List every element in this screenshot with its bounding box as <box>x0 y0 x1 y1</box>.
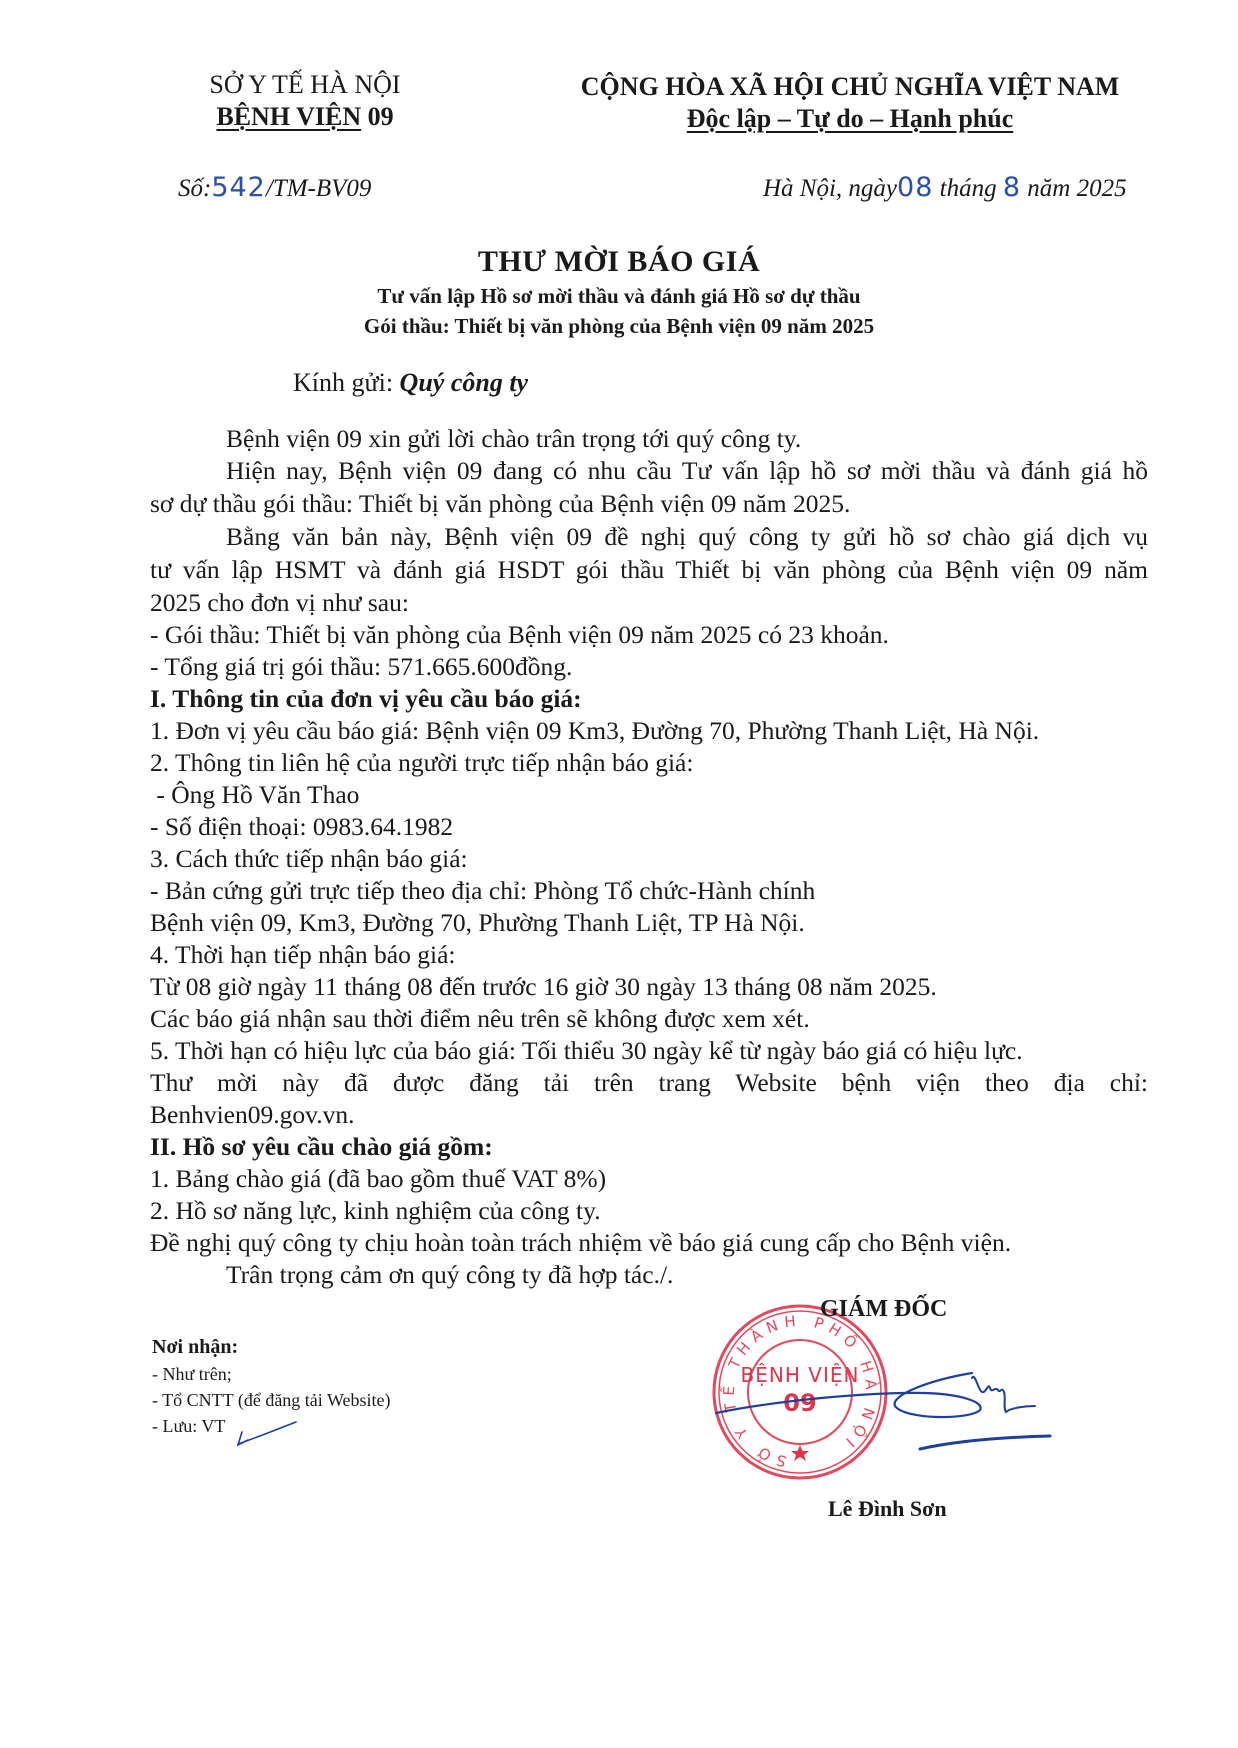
section-2-item-2: 2. Hồ sơ năng lực, kinh nghiệm của công … <box>150 1196 601 1226</box>
deadline-line-1: Từ 08 giờ ngày 11 tháng 08 đến trước 16 … <box>150 972 937 1002</box>
motto-text: Độc lập – Tự do – Hạnh phúc <box>687 104 1014 133</box>
section-1-item-2: 2. Thông tin liên hệ của người trực tiếp… <box>150 748 693 778</box>
document-title: THƯ MỜI BÁO GIÁ <box>0 245 1238 279</box>
section-2-item-1: 1. Bảng chào giá (đã bao gồm thuế VAT 8%… <box>150 1164 606 1194</box>
svg-text:SỞ Y TẾ THÀNH PHỐ HÀ NỘI: SỞ Y TẾ THÀNH PHỐ HÀ NỘI <box>717 1312 882 1471</box>
body-paragraph-3-line-2: tư vấn lập HSMT và đánh giá HSDT gói thầ… <box>150 555 1148 585</box>
deadline-line-2: Các báo giá nhận sau thời điểm nêu trên … <box>150 1004 810 1034</box>
section-1-item-4: 4. Thời hạn tiếp nhận báo giá: <box>150 940 456 970</box>
hospital-number: 09 <box>361 102 394 131</box>
bullet-total-value: - Tổng giá trị gói thầu: 571.665.600đồng… <box>150 652 572 682</box>
closing-thanks: Trân trọng cảm ơn quý công ty đã hợp tác… <box>226 1260 673 1290</box>
section-1-heading: I. Thông tin của đơn vị yêu cầu báo giá: <box>150 684 582 714</box>
website-line-1: Thư mời này đã được đăng tải trên trang … <box>150 1068 1148 1098</box>
section-2-heading: II. Hồ sơ yêu cầu chào giá gồm: <box>150 1132 493 1162</box>
recipient-item: - Tổ CNTT (để đăng tải Website) <box>152 1390 391 1411</box>
responsibility-request: Đề nghị quý công ty chịu hoàn toàn trách… <box>150 1228 1011 1258</box>
document-number: Số:542/TM-BV09 <box>178 172 371 203</box>
doc-number-suffix: /TM-BV09 <box>266 175 372 202</box>
salutation-recipient: Quý công ty <box>400 368 529 397</box>
website-link[interactable]: Benhvien09.gov.vn. <box>150 1100 354 1130</box>
salutation: Kính gửi: Quý công ty <box>293 368 528 398</box>
section-1-item-1: 1. Đơn vị yêu cầu báo giá: Bệnh viện 09 … <box>150 716 1039 746</box>
date-year: năm 2025 <box>1021 175 1127 202</box>
recipient-item: - Như trên; <box>152 1364 232 1385</box>
bullet-package: - Gói thầu: Thiết bị văn phòng của Bệnh … <box>150 620 889 650</box>
body-paragraph-3-line-1: Bằng văn bản này, Bệnh viện 09 đề nghị q… <box>150 522 1148 552</box>
hospital-stamp-icon <box>714 1306 886 1478</box>
date-month-label: tháng <box>933 175 1002 202</box>
doc-number-prefix: Số: <box>178 175 211 202</box>
contact-phone: - Số điện thoại: 0983.64.1982 <box>150 812 453 842</box>
hospital-name: BỆNH VIỆN 09 <box>150 102 460 132</box>
document-subtitle-2: Gói thầu: Thiết bị văn phòng của Bệnh vi… <box>0 314 1238 339</box>
recipient-item: - Lưu: VT <box>152 1416 225 1437</box>
delivery-method-line-2: Bệnh viện 09, Km3, Đường 70, Phường Than… <box>150 908 805 938</box>
recipients-title: Nơi nhận: <box>152 1336 238 1359</box>
signatory-title: GIÁM ĐỐC <box>820 1296 947 1323</box>
country-name: CỘNG HÒA XÃ HỘI CHỦ NGHĨA VIỆT NAM <box>520 72 1180 102</box>
hospital-name-underlined: BỆNH VIỆN <box>216 102 361 131</box>
body-paragraph-2-line-1: Hiện nay, Bệnh viện 09 đang có nhu cầu T… <box>150 456 1148 486</box>
body-paragraph-3-line-3: 2025 cho đơn vị như sau: <box>150 588 409 618</box>
national-motto: Độc lập – Tự do – Hạnh phúc <box>520 104 1180 134</box>
salutation-label: Kính gửi: <box>293 368 400 397</box>
section-1-item-3: 3. Cách thức tiếp nhận báo giá: <box>150 844 468 874</box>
date-day-handwritten: 08 <box>897 172 933 203</box>
date-month-handwritten: 8 <box>1003 172 1021 203</box>
delivery-method-line-1: - Bản cứng gửi trực tiếp theo địa chỉ: P… <box>150 876 815 906</box>
body-paragraph-2-line-2: sơ dự thầu gói thầu: Thiết bị văn phòng … <box>150 489 850 519</box>
document-date: Hà Nội, ngày08 tháng 8 năm 2025 <box>763 172 1127 203</box>
signature-icon <box>238 1373 1050 1449</box>
document-subtitle-1: Tư vấn lập Hồ sơ mời thầu và đánh giá Hồ… <box>0 284 1238 309</box>
doc-number-handwritten: 542 <box>211 172 266 203</box>
svg-text:09: 09 <box>783 1389 816 1417</box>
svg-text:BỆNH VIỆN: BỆNH VIỆN <box>741 1363 860 1387</box>
signatory-name: Lê Đình Sơn <box>828 1496 947 1522</box>
contact-name: - Ông Hồ Văn Thao <box>150 780 359 810</box>
department-name: SỞ Y TẾ HÀ NỘI <box>150 70 460 100</box>
body-paragraph-1: Bệnh viện 09 xin gửi lời chào trân trọng… <box>226 424 801 454</box>
date-prefix: Hà Nội, ngày <box>763 175 897 202</box>
section-1-item-5: 5. Thời hạn có hiệu lực của báo giá: Tối… <box>150 1036 1023 1066</box>
